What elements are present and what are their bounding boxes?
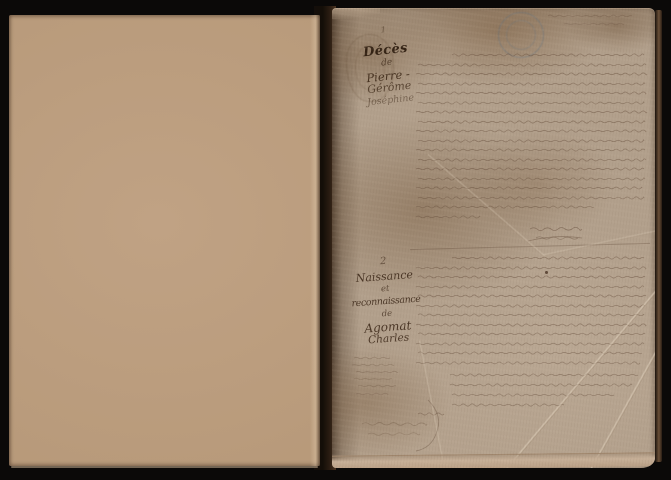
blank-left-page: [9, 15, 320, 466]
archive-scan: 1 Décès de Pierre - Gérôme Joséphine 2 N…: [0, 0, 671, 480]
left-page-bottom-edge: [11, 466, 318, 468]
corner-note-handwriting: [548, 15, 632, 25]
book-edge-sliver: [655, 10, 662, 462]
margin-annotation-act1: 1 Décès de Pierre - Gérôme Joséphine: [340, 20, 434, 112]
ink-blot: [545, 271, 548, 274]
page-bottom-edge: [332, 452, 655, 468]
margin-scribbles: [352, 357, 427, 435]
left-page-fold-edge: [310, 15, 320, 466]
act2-handwriting: [416, 257, 646, 415]
margin-annotation-act2: 2 Naissance et reconnaissance de Agomat …: [337, 253, 435, 349]
manuscript-right-page: 1 Décès de Pierre - Gérôme Joséphine 2 N…: [332, 8, 655, 468]
act1-handwriting: [416, 54, 647, 218]
act1-signature: [530, 227, 582, 239]
